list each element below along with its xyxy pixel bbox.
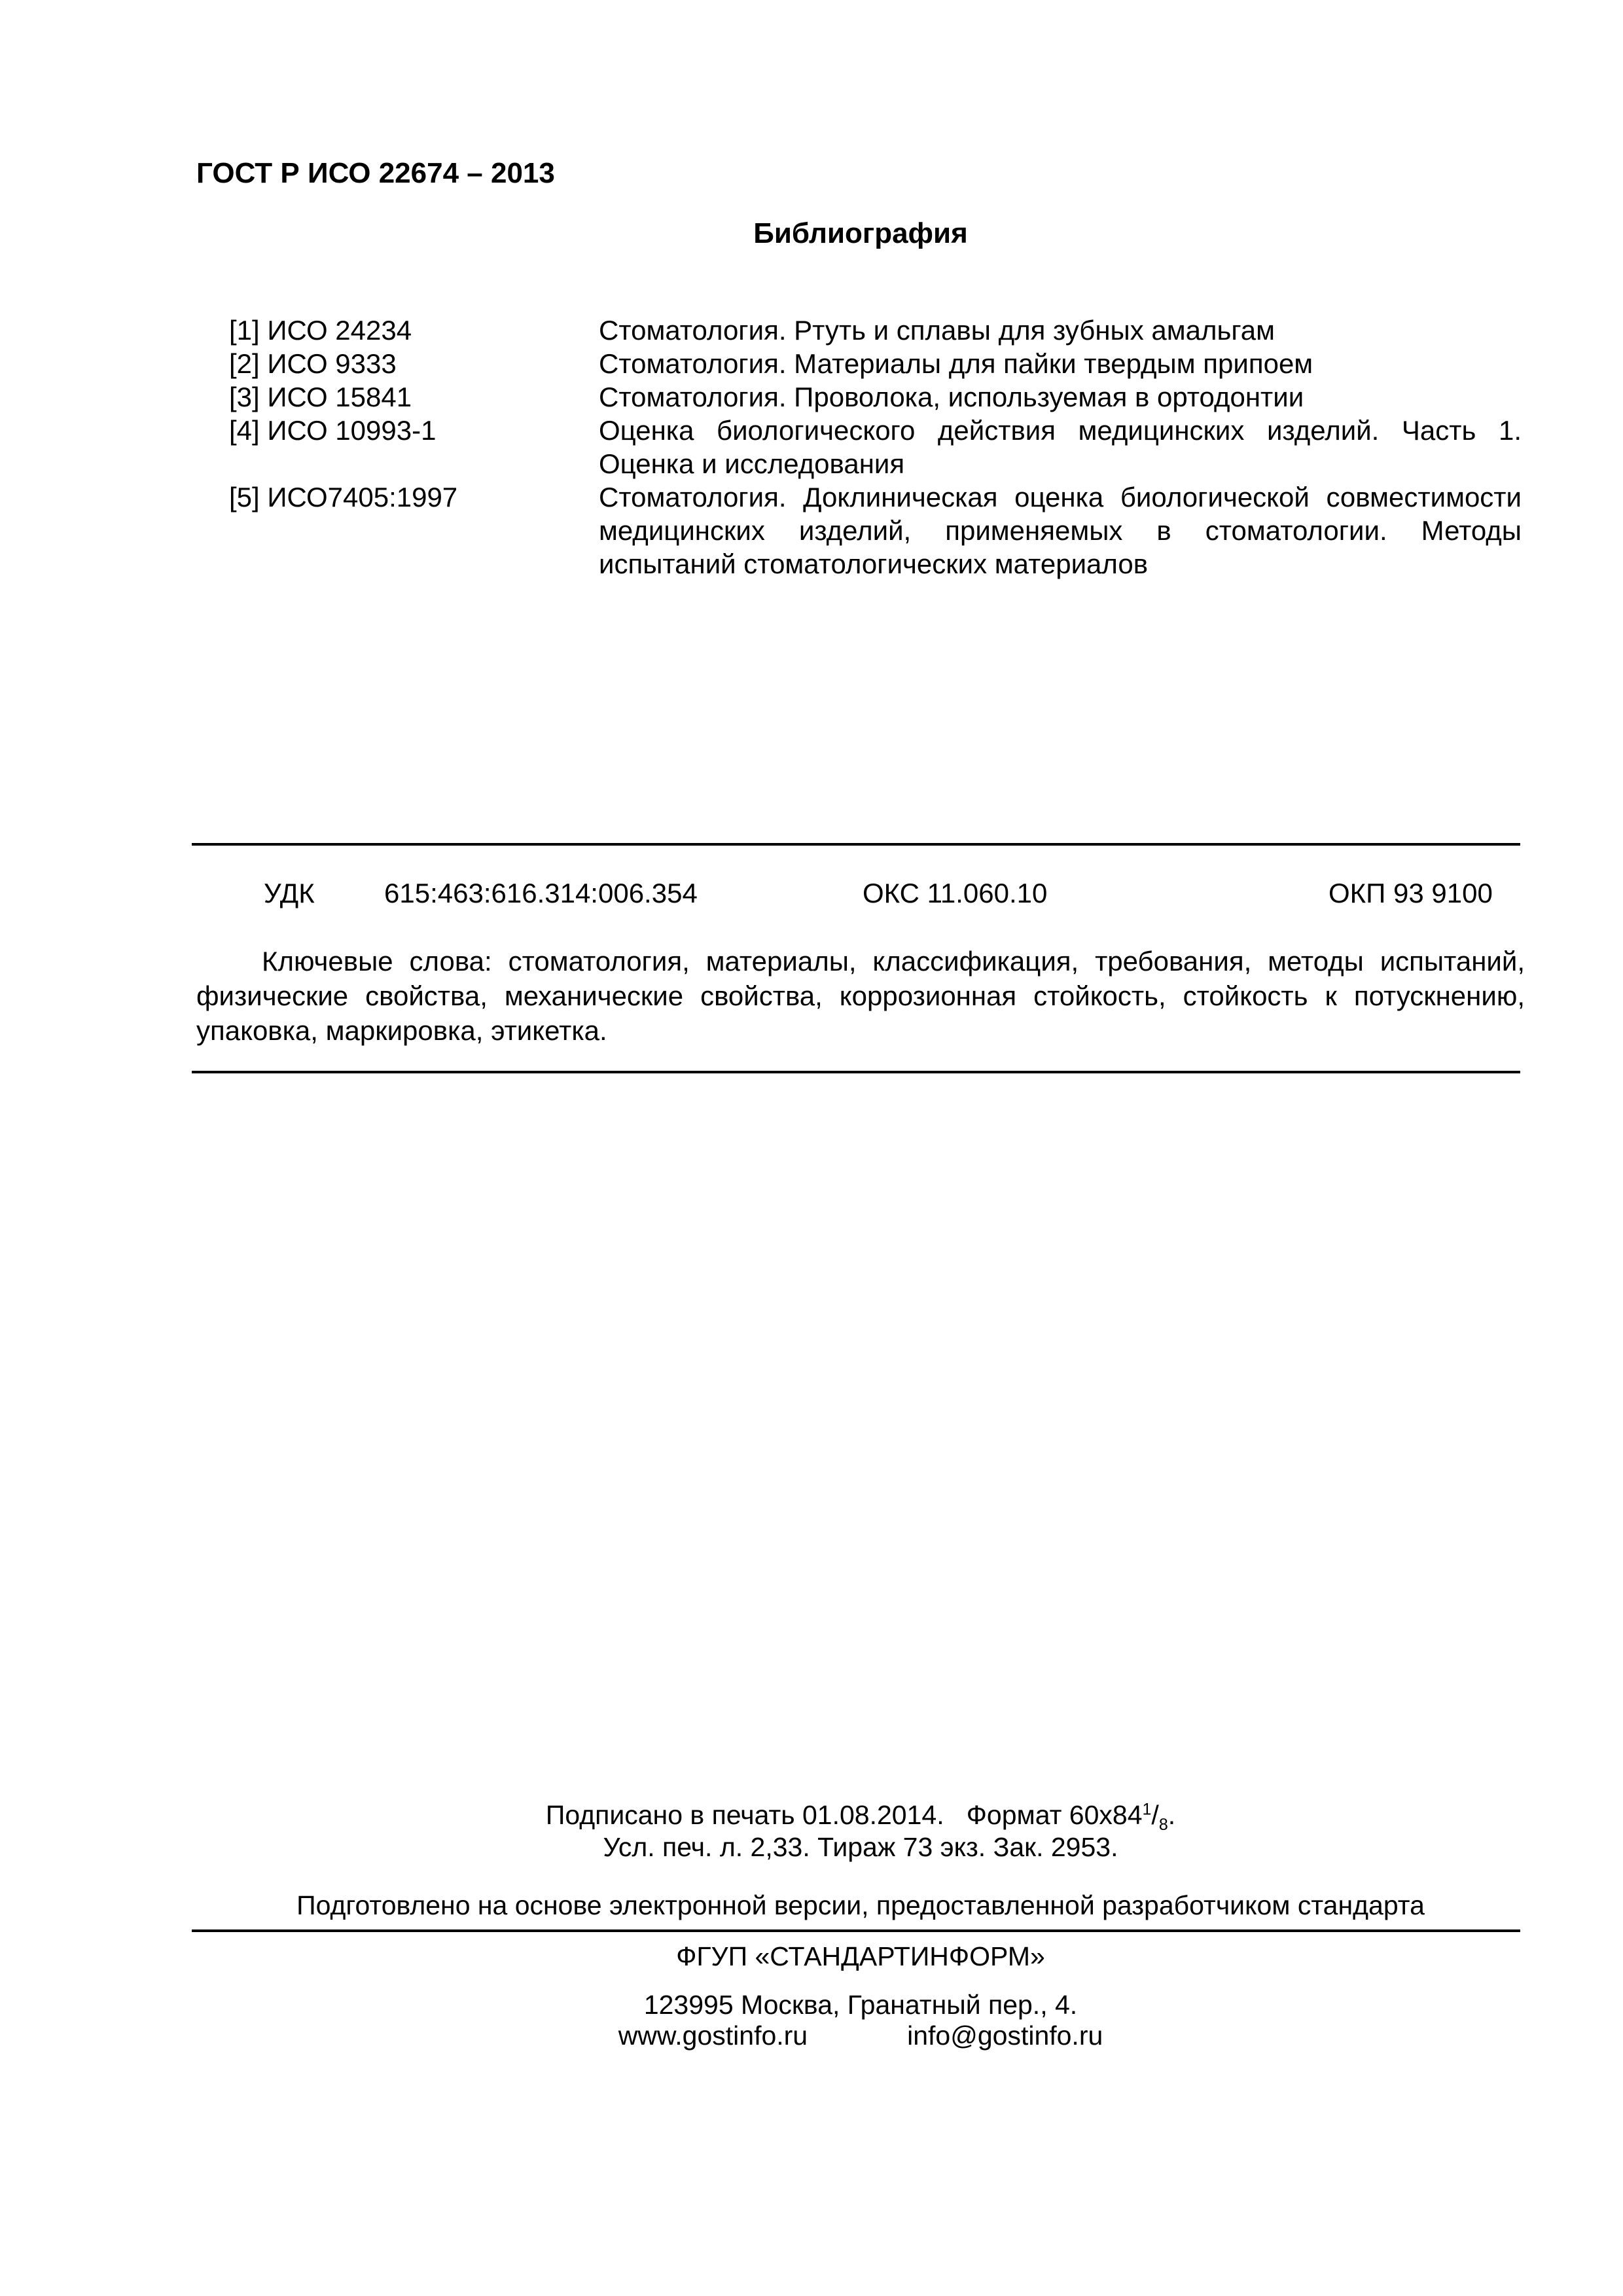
bibliography-ref: [1] ИСО 24234 xyxy=(229,314,599,347)
keywords-paragraph: Ключевые слова: стоматология, материалы,… xyxy=(196,944,1525,1048)
bibliography-desc: Оценка биологического действия медицинск… xyxy=(599,414,1522,480)
horizontal-rule-top xyxy=(192,843,1520,846)
bibliography-desc: Стоматология. Проволока, используемая в … xyxy=(599,380,1522,414)
okp-code: ОКП 93 9100 xyxy=(1329,878,1493,909)
oks-code: ОКС 11.060.10 xyxy=(863,878,1047,909)
imprint-block: Подписано в печать 01.08.2014. Формат 60… xyxy=(196,1799,1525,1863)
bibliography-ref: [5] ИСО7405:1997 xyxy=(229,480,599,514)
imprint-signed-text: Подписано в печать 01.08.2014. Формат 60… xyxy=(546,1800,1143,1830)
publisher-name: ФГУП «СТАНДАРТИНФОРМ» xyxy=(196,1941,1525,1972)
format-subscript: 8 xyxy=(1159,1816,1168,1834)
contact-links: www.gostinfo.ru info@gostinfo.ru xyxy=(196,2020,1525,2051)
bibliography-item: [1] ИСО 24234 Стоматология. Ртуть и спла… xyxy=(229,314,1522,347)
document-code: ГОСТ Р ИСО 22674 – 2013 xyxy=(196,157,555,190)
bibliography-ref: [3] ИСО 15841 xyxy=(229,380,599,414)
imprint-print-line: Усл. печ. л. 2,33. Тираж 73 экз. Зак. 29… xyxy=(196,1831,1525,1863)
bibliography-desc: Стоматология. Материалы для пайки тверды… xyxy=(599,347,1522,380)
udk-label: УДК xyxy=(264,878,315,909)
classification-codes: УДК 615:463:616.314:006.354 ОКС 11.060.1… xyxy=(0,878,1623,917)
bibliography-list: [1] ИСО 24234 Стоматология. Ртуть и спла… xyxy=(229,314,1522,581)
prepared-note: Подготовлено на основе электронной верси… xyxy=(196,1890,1525,1921)
bibliography-ref: [4] ИСО 10993-1 xyxy=(229,414,599,447)
bibliography-item: [3] ИСО 15841 Стоматология. Проволока, и… xyxy=(229,380,1522,414)
bibliography-desc: Стоматология. Доклиническая оценка биоло… xyxy=(599,480,1522,581)
udk-value: 615:463:616.314:006.354 xyxy=(384,878,698,909)
bibliography-ref: [2] ИСО 9333 xyxy=(229,347,599,380)
bibliography-item: [4] ИСО 10993-1 Оценка биологического де… xyxy=(229,414,1522,480)
horizontal-rule-middle xyxy=(192,1071,1520,1073)
bibliography-item: [5] ИСО7405:1997 Стоматология. Доклиниче… xyxy=(229,480,1522,581)
section-title: Библиография xyxy=(196,217,1525,250)
imprint-signed-line: Подписано в печать 01.08.2014. Формат 60… xyxy=(196,1799,1525,1831)
format-period: . xyxy=(1168,1800,1175,1830)
website-link: www.gostinfo.ru xyxy=(618,2020,808,2051)
format-superscript: 1 xyxy=(1143,1800,1152,1818)
document-page: ГОСТ Р ИСО 22674 – 2013 Библиография [1]… xyxy=(0,0,1623,2296)
email-link: info@gostinfo.ru xyxy=(907,2020,1103,2051)
horizontal-rule-bottom xyxy=(192,1929,1520,1932)
bibliography-desc: Стоматология. Ртуть и сплавы для зубных … xyxy=(599,314,1522,347)
publisher-address: 123995 Москва, Гранатный пер., 4. xyxy=(196,1990,1525,2020)
bibliography-item: [2] ИСО 9333 Стоматология. Материалы для… xyxy=(229,347,1522,380)
format-slash: / xyxy=(1151,1800,1158,1830)
